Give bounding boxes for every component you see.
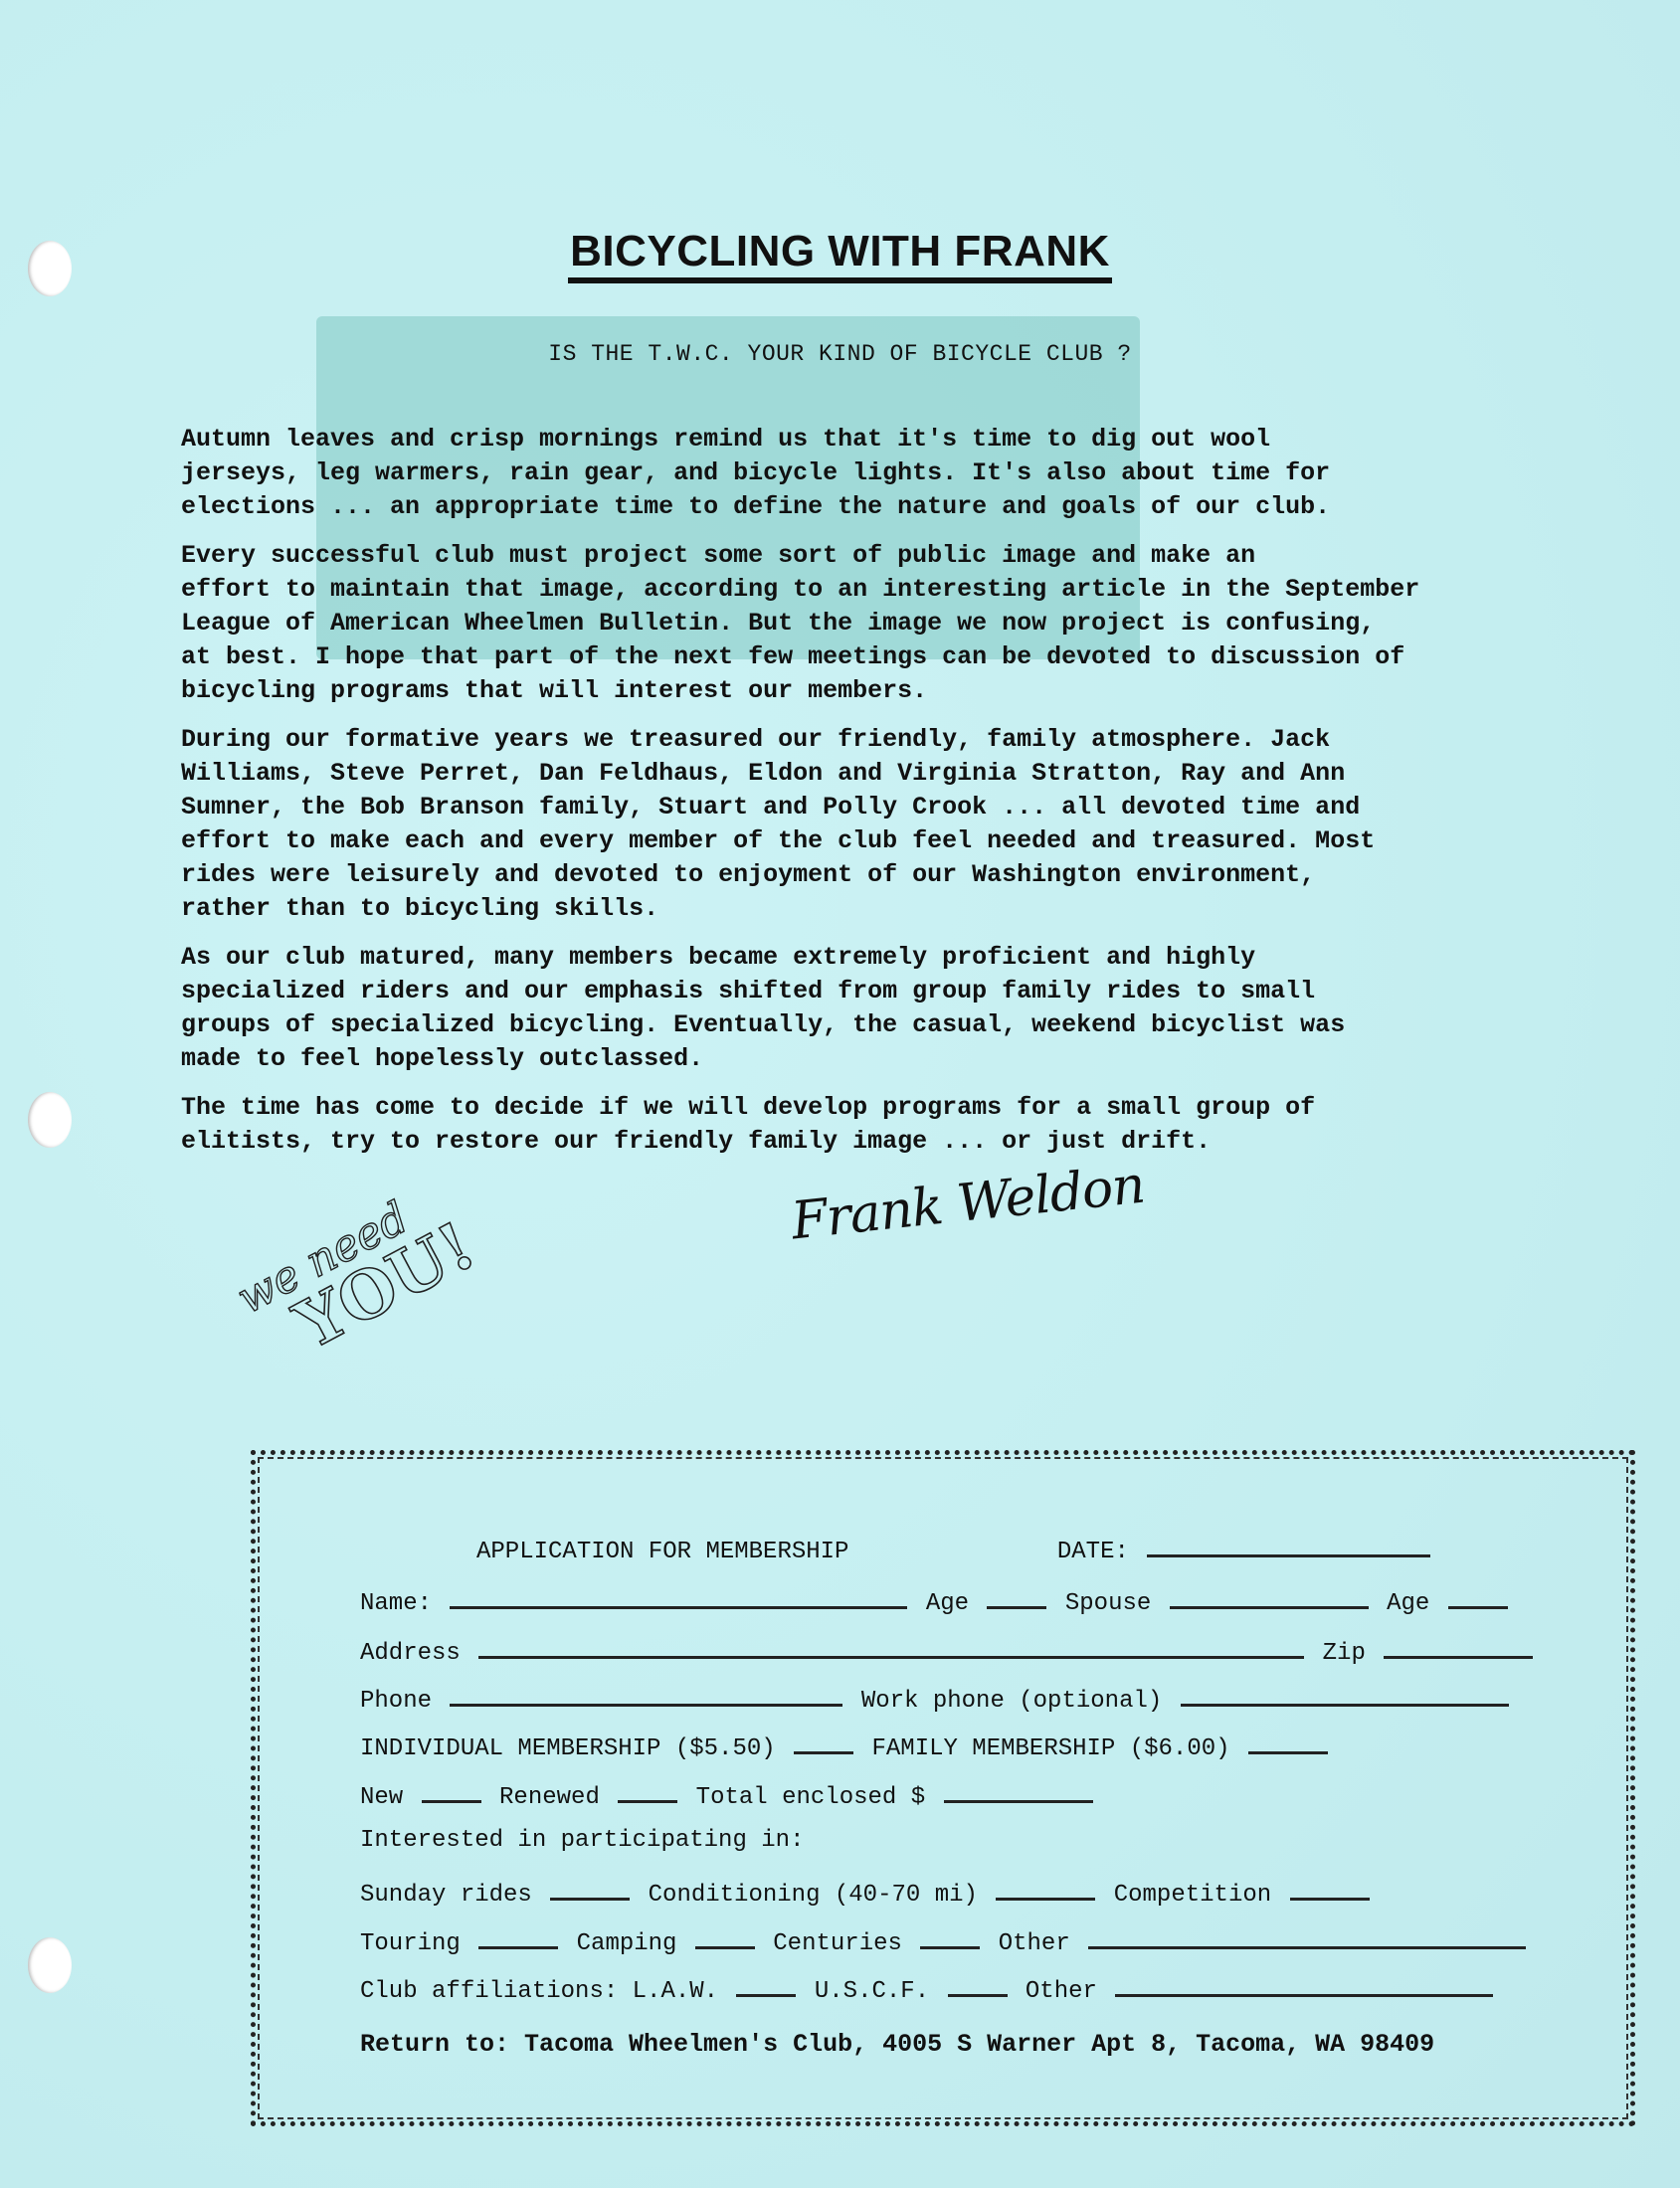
paragraph: As our club matured, many members became… bbox=[181, 941, 1574, 1076]
date-label: DATE: bbox=[1057, 1539, 1129, 1565]
date-field[interactable] bbox=[1147, 1533, 1430, 1557]
touring-field[interactable] bbox=[478, 1924, 558, 1949]
renewed-label: Renewed bbox=[499, 1784, 600, 1811]
new-field[interactable] bbox=[422, 1778, 481, 1803]
total-enclosed-label: Total enclosed $ bbox=[696, 1784, 925, 1811]
other-activity-label: Other bbox=[999, 1930, 1070, 1957]
zip-field[interactable] bbox=[1384, 1634, 1533, 1659]
page-title: BICYCLING WITH FRANK bbox=[0, 227, 1680, 276]
age-field[interactable] bbox=[987, 1584, 1046, 1609]
other-affiliation-label: Other bbox=[1026, 1978, 1097, 2005]
competition-field[interactable] bbox=[1290, 1876, 1370, 1901]
conditioning-field[interactable] bbox=[996, 1876, 1095, 1901]
title-text: BICYCLING WITH FRANK bbox=[568, 227, 1112, 283]
subtitle: IS THE T.W.C. YOUR KIND OF BICYCLE CLUB … bbox=[0, 341, 1680, 367]
individual-membership-field[interactable] bbox=[794, 1730, 853, 1754]
family-membership-field[interactable] bbox=[1248, 1730, 1328, 1754]
membership-application-form: APPLICATION FOR MEMBERSHIP DATE: Name: A… bbox=[251, 1450, 1635, 2126]
total-enclosed-field[interactable] bbox=[944, 1778, 1093, 1803]
phone-field[interactable] bbox=[450, 1682, 842, 1707]
address-field[interactable] bbox=[478, 1634, 1304, 1659]
touring-label: Touring bbox=[360, 1930, 461, 1957]
address-label: Address bbox=[360, 1640, 461, 1667]
binder-hole bbox=[28, 1937, 72, 1993]
paragraph: Every successful club must project some … bbox=[181, 539, 1574, 708]
spouse-field[interactable] bbox=[1170, 1584, 1369, 1609]
sunday-rides-label: Sunday rides bbox=[360, 1882, 532, 1909]
renewed-field[interactable] bbox=[618, 1778, 677, 1803]
sunday-rides-field[interactable] bbox=[550, 1876, 630, 1901]
camping-label: Camping bbox=[577, 1930, 677, 1957]
spouse-label: Spouse bbox=[1065, 1590, 1151, 1617]
binder-hole bbox=[28, 1092, 72, 1148]
work-phone-label: Work phone (optional) bbox=[861, 1688, 1162, 1715]
centuries-field[interactable] bbox=[920, 1924, 980, 1949]
zip-label: Zip bbox=[1323, 1640, 1366, 1667]
centuries-label: Centuries bbox=[773, 1930, 902, 1957]
paragraph: Autumn leaves and crisp mornings remind … bbox=[181, 423, 1574, 524]
competition-label: Competition bbox=[1114, 1882, 1271, 1909]
individual-membership-label: INDIVIDUAL MEMBERSHIP ($5.50) bbox=[360, 1735, 776, 1762]
article-body: Autumn leaves and crisp mornings remind … bbox=[181, 423, 1574, 1174]
name-field[interactable] bbox=[450, 1584, 907, 1609]
uscf-field[interactable] bbox=[948, 1972, 1008, 1997]
family-membership-label: FAMILY MEMBERSHIP ($6.00) bbox=[871, 1735, 1229, 1762]
spouse-age-label: Age bbox=[1387, 1590, 1429, 1617]
age-label: Age bbox=[926, 1590, 969, 1617]
spouse-age-field[interactable] bbox=[1448, 1584, 1508, 1609]
form-title: APPLICATION FOR MEMBERSHIP bbox=[476, 1539, 848, 1565]
paragraph: During our formative years we treasured … bbox=[181, 723, 1574, 926]
other-affiliation-field[interactable] bbox=[1115, 1972, 1493, 1997]
phone-label: Phone bbox=[360, 1688, 432, 1715]
interested-label: Interested in participating in: bbox=[360, 1827, 804, 1854]
conditioning-label: Conditioning (40-70 mi) bbox=[649, 1882, 978, 1909]
return-address: Return to: Tacoma Wheelmen's Club, 4005 … bbox=[360, 2030, 1434, 2059]
name-label: Name: bbox=[360, 1590, 432, 1617]
affiliations-label: Club affiliations: L.A.W. bbox=[360, 1978, 718, 2005]
other-activity-field[interactable] bbox=[1088, 1924, 1526, 1949]
camping-field[interactable] bbox=[695, 1924, 755, 1949]
law-field[interactable] bbox=[736, 1972, 796, 1997]
uscf-label: U.S.C.F. bbox=[815, 1978, 929, 2005]
new-label: New bbox=[360, 1784, 403, 1811]
work-phone-field[interactable] bbox=[1181, 1682, 1509, 1707]
